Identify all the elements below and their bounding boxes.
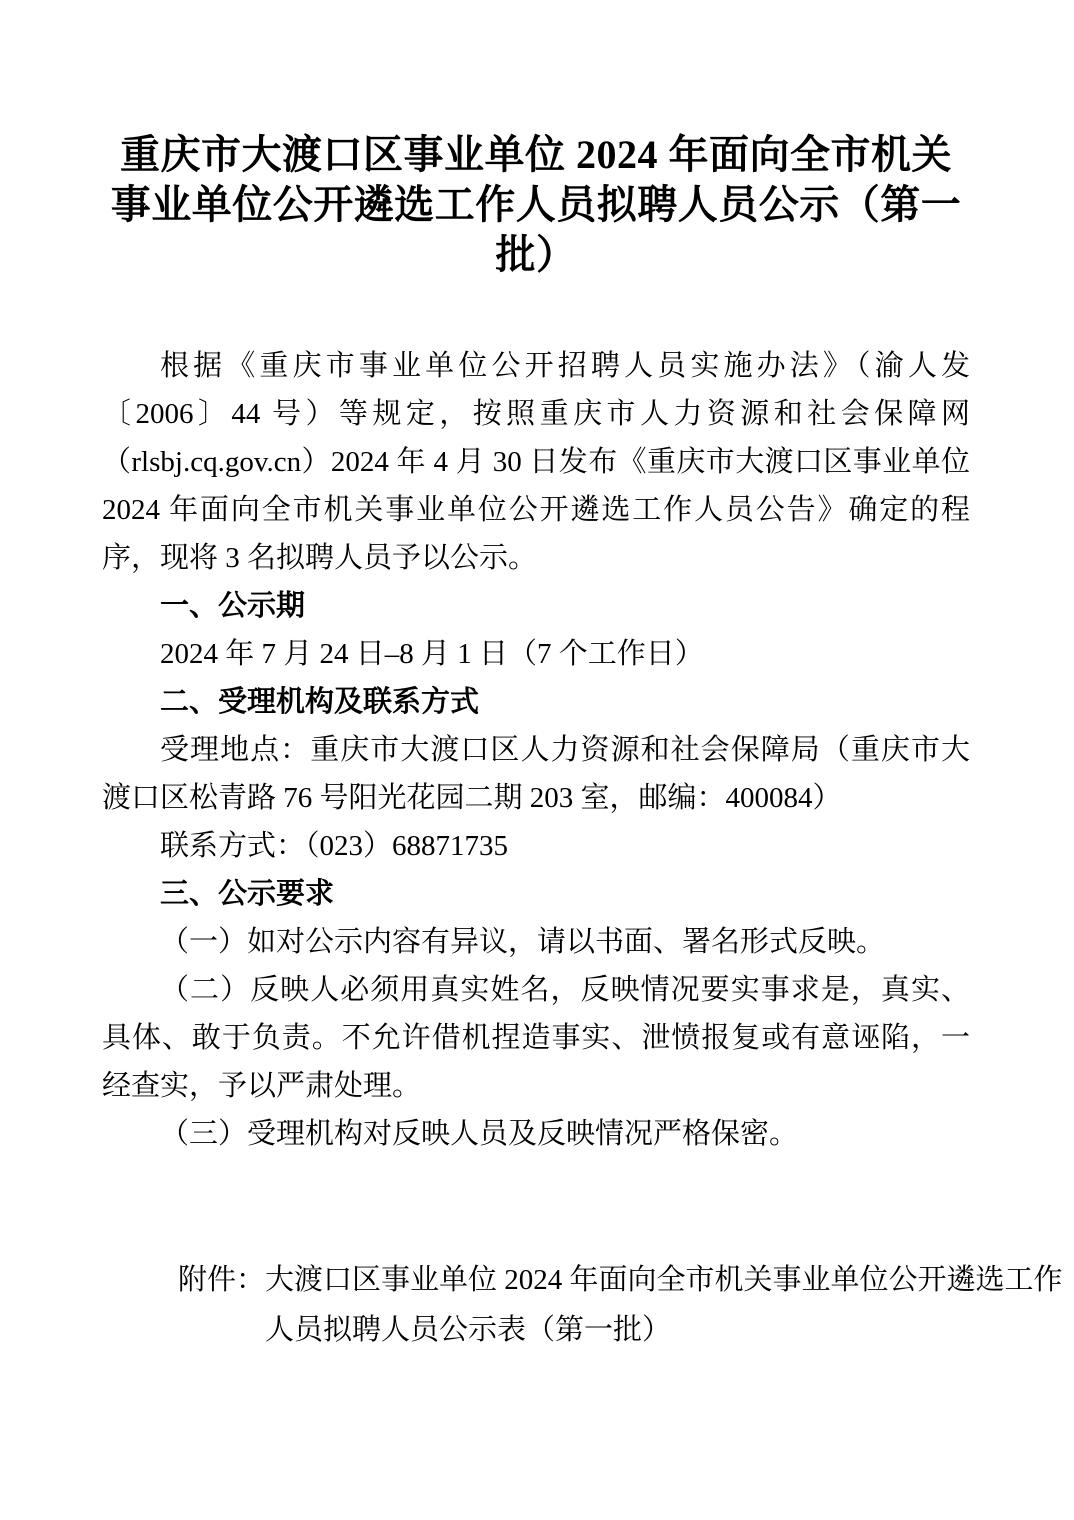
heading-publicity-period: 一、公示期: [102, 582, 970, 630]
paragraph-publicity-dates: 2024 年 7 月 24 日–8 月 1 日（7 个工作日）: [102, 630, 970, 678]
paragraph-requirement-2: （二）反映人必须用真实姓名，反映情况要实事求是，真实、具体、敢于负责。不允许借机…: [102, 966, 970, 1110]
document-title: 重庆市大渡口区事业单位 2024 年面向全市机关事业单位公开遴选工作人员拟聘人员…: [102, 130, 970, 280]
document-page: 重庆市大渡口区事业单位 2024 年面向全市机关事业单位公开遴选工作人员拟聘人员…: [0, 0, 1074, 1520]
attachment-label: 附件：: [178, 1264, 265, 1296]
paragraph-contact-phone: 联系方式：（023）68871735: [102, 822, 970, 870]
paragraph-intro: 根据《重庆市事业单位公开招聘人员实施办法》（渝人发〔2006〕44 号）等规定，…: [102, 342, 970, 582]
heading-publicity-requirements: 三、公示要求: [102, 870, 970, 918]
paragraph-requirement-3: （三）受理机构对反映人员及反映情况严格保密。: [102, 1110, 970, 1158]
document-content: 重庆市大渡口区事业单位 2024 年面向全市机关事业单位公开遴选工作人员拟聘人员…: [102, 130, 970, 1158]
attachment-text: 大渡口区事业单位 2024 年面向全市机关事业单位公开遴选工作人员拟聘人员公示表…: [265, 1264, 1063, 1346]
attachment-note: 附件：大渡口区事业单位 2024 年面向全市机关事业单位公开遴选工作人员拟聘人员…: [178, 1255, 1065, 1355]
heading-accepting-agency-contact: 二、受理机构及联系方式: [102, 678, 970, 726]
paragraph-accepting-address: 受理地点：重庆市大渡口区人力资源和社会保障局（重庆市大渡口区松青路 76 号阳光…: [102, 726, 970, 822]
paragraph-requirement-1: （一）如对公示内容有异议，请以书面、署名形式反映。: [102, 918, 970, 966]
